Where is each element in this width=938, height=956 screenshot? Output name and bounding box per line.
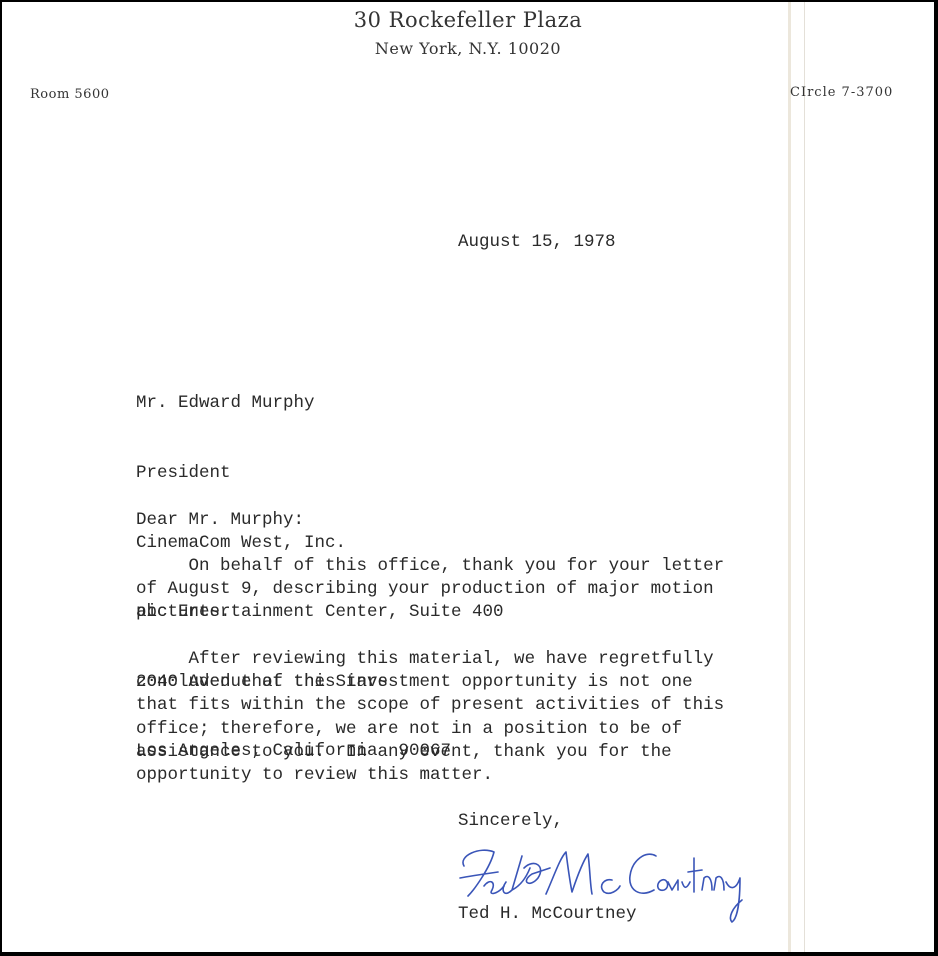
salutation: Dear Mr. Murphy: — [136, 509, 304, 532]
closing: Sincerely, — [458, 810, 563, 833]
letterhead-street: 30 Rockefeller Plaza — [2, 8, 934, 32]
page-fold-line — [804, 2, 805, 952]
page-fold-line — [788, 2, 791, 952]
body-paragraph-2: After reviewing this material, we have r… — [136, 648, 724, 787]
letterhead-city: New York, N.Y. 10020 — [2, 39, 934, 58]
recipient-name: Mr. Edward Murphy — [136, 392, 504, 415]
letterhead-room: Room 5600 — [30, 87, 110, 102]
body-paragraph-1: On behalf of this office, thank you for … — [136, 555, 724, 625]
letter-date: August 15, 1978 — [458, 231, 616, 254]
letter-page: 30 Rockefeller Plaza New York, N.Y. 1002… — [2, 2, 934, 952]
recipient-company: CinemaCom West, Inc. — [136, 532, 504, 555]
recipient-title: President — [136, 462, 504, 485]
letterhead-phone: CIrcle 7-3700 — [790, 85, 893, 100]
signer-name: Ted H. McCourtney — [458, 903, 637, 926]
